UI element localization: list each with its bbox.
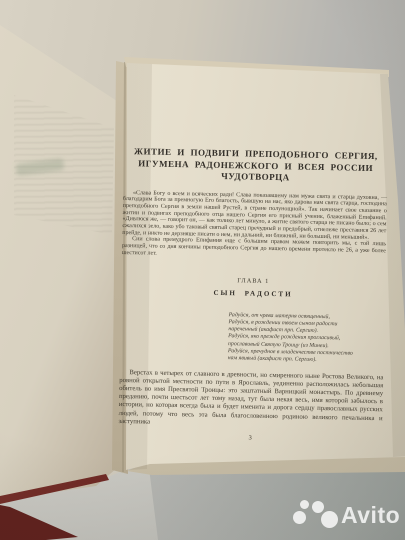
chapter-title: СЫН РАДОСТИ bbox=[121, 287, 385, 300]
avito-watermark: Avito bbox=[286, 488, 405, 538]
page-text: ЖИТИЕ И ПОДВИГИ ПРЕПОДОБНОГО СЕРГИЯ, ИГУ… bbox=[118, 146, 388, 444]
book-title: ЖИТИЕ И ПОДВИГИ ПРЕПОДОБНОГО СЕРГИЯ, ИГУ… bbox=[123, 146, 388, 186]
paragraph-1: «Слава Богу о всем и всяческих ради! Сла… bbox=[122, 189, 387, 241]
avito-wordmark: Avito bbox=[341, 502, 400, 529]
avito-logo-icon bbox=[286, 488, 338, 538]
paragraph-2: Сии слова премудрого Епифания еще с боль… bbox=[122, 236, 386, 261]
epigraph: Радуйся, от чрева матерня освященный, Ра… bbox=[228, 312, 385, 366]
chapter-heading: ГЛАВА 1 bbox=[121, 275, 385, 287]
paragraph-3: Верстах в четырех от славного в древност… bbox=[118, 369, 383, 432]
book-photo: ЖИТИЕ И ПОДВИГИ ПРЕПОДОБНОГО СЕРГИЯ, ИГУ… bbox=[0, 0, 405, 540]
